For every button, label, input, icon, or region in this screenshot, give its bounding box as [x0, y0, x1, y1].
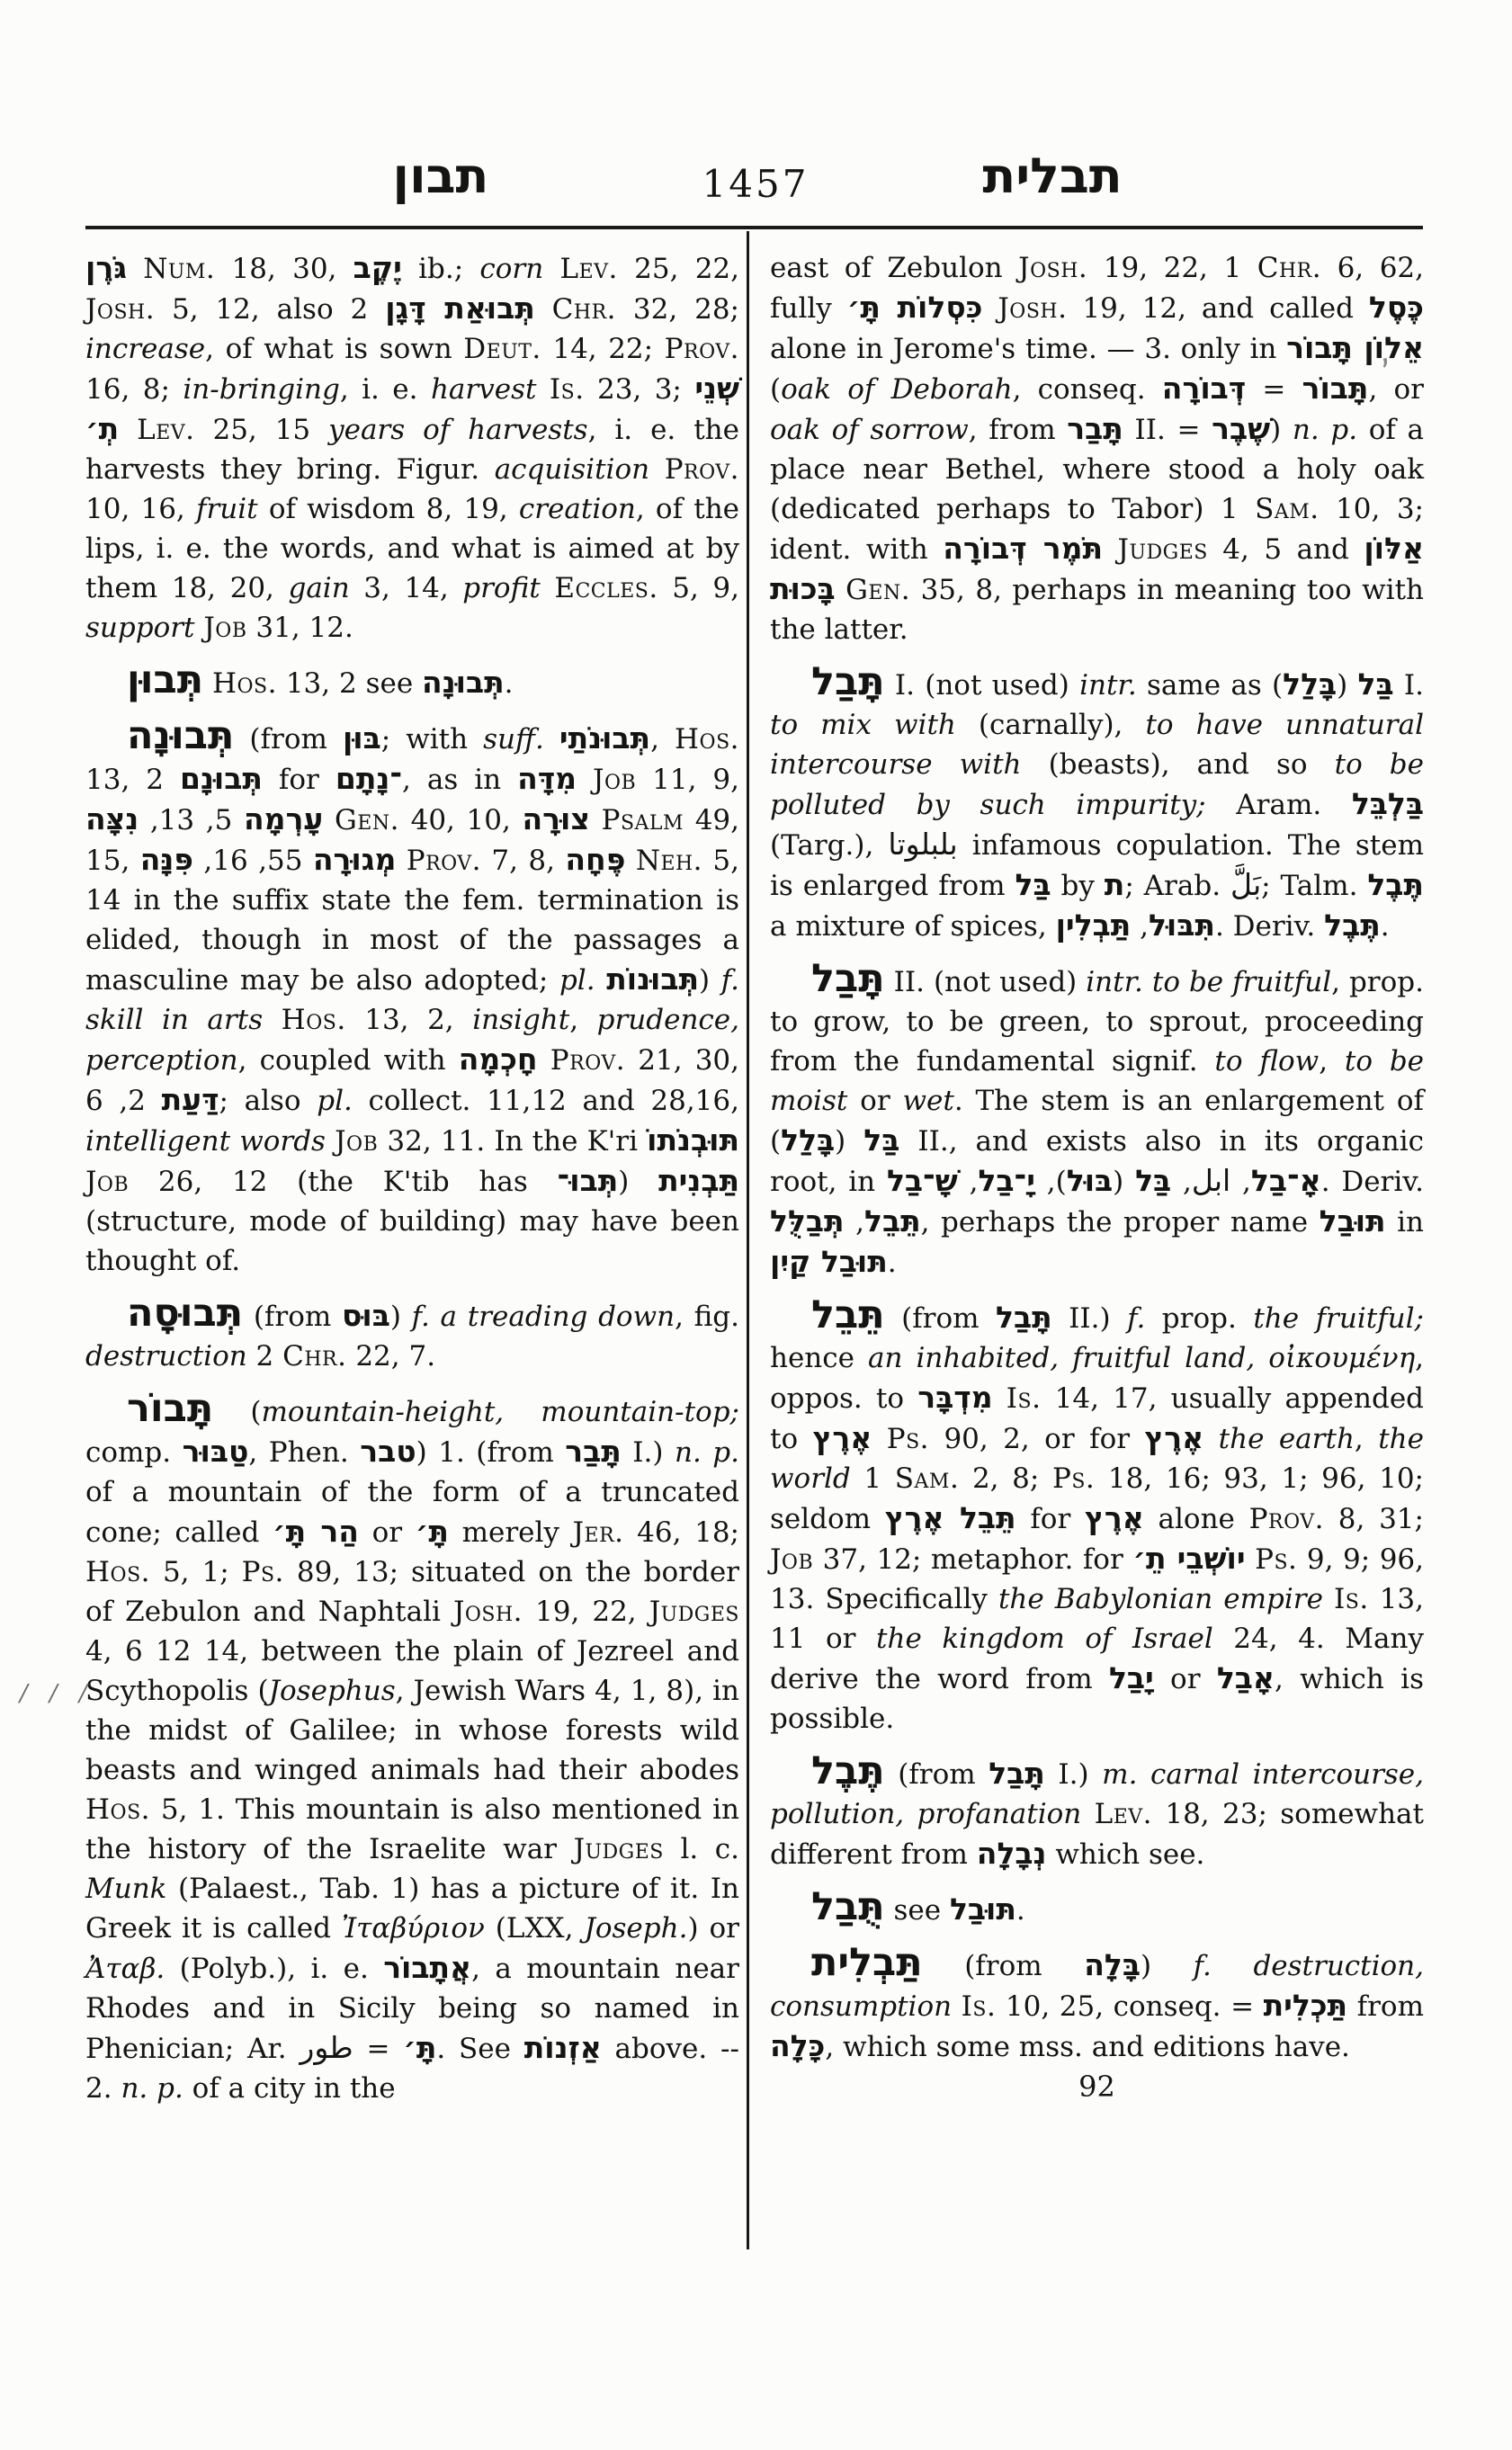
hebrew-run: תְּבוּנָה — [422, 665, 505, 700]
smallcaps-reference-run: Gen. — [335, 804, 399, 836]
hebrew-run: תְּבוּנָם — [180, 761, 263, 796]
text-run: ( — [1337, 669, 1357, 702]
text-run: , — [569, 1004, 596, 1036]
hebrew-run: תּוּבַל — [1320, 1203, 1386, 1238]
text-run: 2 — [247, 1340, 282, 1373]
smallcaps-reference-run: Job — [203, 612, 246, 644]
smallcaps-reference-run: Chr. — [1257, 252, 1321, 284]
hebrew-run: הַר תָּ׳ — [273, 1514, 359, 1549]
italic-run: creation — [519, 493, 636, 525]
hebrew-run: כָּלָה — [770, 2028, 825, 2063]
text-run: l. c. — [664, 1833, 739, 1865]
text-run — [536, 373, 549, 406]
text-run: 16, 8; — [85, 373, 183, 406]
hebrew-run: דְּבוֹרָה — [1162, 371, 1246, 406]
smallcaps-reference-run: Prov. — [665, 453, 739, 486]
hebrew-run: אָ־בַל — [1251, 1163, 1321, 1198]
text-run: . — [1016, 1894, 1025, 1927]
hebrew-run: בָּלָה — [1084, 1947, 1141, 1982]
text-run — [263, 1004, 282, 1036]
smallcaps-reference-run: Hos. — [675, 723, 739, 756]
hebrew-run: תְּבַלֻּל — [770, 1203, 845, 1238]
text-run: ) 1. (from — [416, 1436, 566, 1469]
continuation-paragraph: east of Zebulon Josh. 19, 22, 1 Chr. 6, … — [770, 248, 1424, 649]
hebrew-run: בּוּן — [343, 720, 381, 756]
text-run: I.) — [622, 1436, 675, 1469]
smallcaps-reference-run: Prov. — [665, 333, 739, 365]
smallcaps-reference-run: Is. — [1007, 1382, 1042, 1415]
text-run: east of Zebulon — [770, 252, 1018, 284]
text-run: 4, 5 and — [1208, 533, 1364, 566]
text-run — [119, 414, 137, 446]
hebrew-run: אֲתָבוֹר — [383, 1950, 471, 1985]
entry-paragraph: תָּבַל II. (not used) intr. to be fruitf… — [770, 959, 1424, 1283]
italic-run: oak of sorrow — [770, 414, 969, 446]
smallcaps-reference-run: Prov. — [550, 1044, 625, 1077]
smallcaps-reference-run: Judges — [1118, 533, 1208, 566]
hebrew-headword: תֵּבֵל — [811, 1292, 885, 1337]
smallcaps-reference-run: Gen. — [845, 574, 910, 606]
arabic-run: بلبلوتا — [888, 827, 957, 862]
text-run: , from — [969, 414, 1068, 446]
italic-run: Josephus — [269, 1675, 396, 1707]
hebrew-run: תּוּבְנֹתוֹ — [647, 1122, 739, 1158]
text-run: 22, 7. — [346, 1340, 435, 1373]
text-run: 13, 2, — [346, 1004, 473, 1036]
text-run: alone — [1144, 1503, 1249, 1535]
italic-run: n. p. — [121, 2072, 183, 2105]
hebrew-run: אֶרֶץ — [813, 1420, 872, 1455]
arabic-run: طور — [300, 2030, 353, 2065]
hebrew-run: תֶּבֶל — [1324, 908, 1381, 943]
text-run: 31, 12. — [247, 612, 353, 644]
hebrew-run: ת — [1105, 867, 1125, 902]
smallcaps-reference-run: Lev. — [1095, 1798, 1152, 1830]
italic-run: in-bringing — [183, 373, 339, 406]
hebrew-headword: תְּבוּנָה — [127, 713, 234, 758]
text-run: 19, 22, — [523, 1596, 649, 1628]
hebrew-run: תְּבוּנוֹת — [606, 961, 699, 997]
smallcaps-reference-run: Josh. — [1018, 252, 1087, 284]
smallcaps-reference-run: Is. — [962, 1990, 997, 2023]
text-run: 3, 14, — [350, 572, 463, 604]
text-run: 32, 11. In the K'ri — [378, 1125, 647, 1158]
text-run: 7, 8, — [481, 845, 565, 877]
text-run: , — [845, 1206, 864, 1238]
text-run: ) — [1141, 1950, 1194, 1982]
text-run: II. = — [1123, 414, 1212, 446]
hebrew-headword: תָּבַל — [811, 956, 885, 1001]
smallcaps-reference-run: Job — [335, 1125, 378, 1158]
text-run: . Deriv. — [1215, 910, 1324, 943]
italic-run: n. p. — [675, 1436, 739, 1469]
italic-run: f. — [1127, 1302, 1145, 1335]
text-run: (LXX, — [485, 1912, 585, 1945]
text-run — [577, 764, 593, 796]
hebrew-run: תּוּבַל קַיִן — [770, 1244, 888, 1279]
smallcaps-reference-run: Judges — [574, 1833, 664, 1865]
text-run: ( — [770, 373, 781, 406]
hebrew-run: אֶרֶץ — [1085, 1500, 1144, 1535]
text-run: 25, 22, — [618, 253, 739, 285]
hebrew-run: תָּבוֹר — [1302, 371, 1369, 406]
hebrew-run: תֵּבֵל אֶרֶץ — [885, 1500, 1016, 1535]
smallcaps-reference-run: Is. — [550, 373, 585, 406]
italic-run: the earth — [1219, 1423, 1355, 1455]
hebrew-run: תָּבַר — [1067, 411, 1123, 446]
entry-paragraph: תְּבוּן Hos. 13, 2 see תְּבוּנָה. — [85, 660, 739, 703]
hebrew-run: כִּסְלוֹת תָּ׳ — [847, 290, 983, 325]
text-run: ) — [390, 1301, 412, 1333]
hebrew-run: מִדָּה — [517, 761, 577, 796]
text-run: 23, 3; — [585, 373, 695, 406]
text-run: of wisdom 8, 19, — [258, 493, 519, 525]
hebrew-run: מְגוּרָה — [313, 842, 397, 877]
text-run: (from — [923, 1950, 1085, 1982]
hebrew-run: תְּבוּ־ — [558, 1163, 619, 1198]
hebrew-run: אָבַל — [1217, 1660, 1275, 1695]
text-run — [1255, 1342, 1268, 1374]
text-run: = — [353, 2033, 404, 2065]
text-run: . — [888, 1247, 897, 1279]
italic-run: years of harvests — [328, 414, 587, 446]
text-run: 10, 25, conseq. = — [996, 1990, 1263, 2023]
hebrew-headword: תֶּבֶל — [811, 1748, 885, 1793]
text-run — [982, 292, 998, 325]
hebrew-run: תָּבַר — [565, 1434, 622, 1469]
text-run: (carnally), — [956, 709, 1146, 741]
hebrew-run: אֵלוֹן תָּבוֹר — [1286, 330, 1424, 365]
text-run: I. (not used) — [885, 669, 1079, 702]
text-run: ; Arab. — [1124, 870, 1230, 902]
hebrew-run: אַזְנוֹת — [524, 2030, 602, 2065]
text-run: a mixture of spices, — [770, 910, 1056, 943]
hebrew-run: גֹּרֶן — [85, 250, 127, 285]
smallcaps-reference-run: Judges — [649, 1596, 739, 1628]
text-run: (from — [234, 723, 343, 756]
text-run — [127, 253, 143, 285]
text-run: (beasts), and so — [1022, 748, 1335, 781]
italic-run: oak of Deborah — [781, 373, 1012, 406]
smallcaps-reference-run: Ps. — [887, 1423, 929, 1455]
page-number: 1457 — [679, 162, 832, 206]
text-run: for — [263, 764, 336, 796]
hebrew-run: אֶרֶץ — [1144, 1420, 1203, 1455]
smallcaps-reference-run: Prov. — [407, 845, 481, 877]
hebrew-headword: תָּבוֹר — [127, 1386, 213, 1431]
hebrew-run: בּוּל — [1067, 1163, 1113, 1198]
text-run: alone in Jerome's time. — 3. only in — [770, 333, 1286, 365]
text-run: . Deriv. — [1321, 1166, 1424, 1198]
text-run: , i. e. — [340, 373, 431, 406]
smallcaps-reference-run: Lev. — [559, 253, 617, 285]
hebrew-run: בַּל — [863, 1122, 899, 1158]
text-run: I.) — [1045, 1758, 1102, 1791]
italic-run: acquisition — [495, 453, 649, 486]
hebrew-run: תּוּבַל — [950, 1891, 1016, 1927]
italic-run: to flow — [1214, 1045, 1319, 1077]
text-run: ( — [213, 1396, 261, 1428]
text-run: or — [1154, 1663, 1217, 1695]
italic-run: pl. — [559, 964, 595, 997]
italic-run: profit — [462, 572, 540, 604]
smallcaps-reference-run: Sam. — [1255, 493, 1320, 525]
text-run: , of what is sown — [205, 333, 463, 365]
hebrew-run: עָרְמָה — [244, 801, 323, 836]
italic-run: mountain-height, mountain-top; — [262, 1396, 739, 1428]
text-run: (Polyb.), i. e. — [165, 1953, 383, 1985]
hebrew-run: תָּבַל — [989, 1756, 1045, 1791]
smallcaps-reference-run: Hos. — [212, 667, 277, 700]
text-run: ; Talm. — [1261, 870, 1367, 902]
text-run: (Targ.), — [770, 829, 888, 862]
text-run: ) — [1270, 414, 1293, 446]
hebrew-run: יוֹשְׁבֵי תֵ׳ — [1132, 1541, 1245, 1576]
text-run: 19, 12, and called — [1067, 292, 1368, 325]
text-run: ) — [699, 964, 721, 997]
text-run: 26, 12 (the K'tib has — [129, 1166, 557, 1198]
text-run: or — [359, 1516, 416, 1549]
hebrew-headword: תְּבוּסָה — [127, 1291, 243, 1336]
text-run — [836, 574, 845, 606]
italic-run: the Babylonian empire — [998, 1583, 1323, 1615]
hebrew-run: בָּלַל — [1283, 666, 1337, 702]
text-run: , — [650, 723, 675, 756]
text-run: 11, 9, — [636, 764, 739, 796]
smallcaps-reference-run: Ps. — [1052, 1462, 1095, 1495]
text-run: prop. — [1145, 1302, 1253, 1335]
italic-run: corn — [479, 253, 543, 285]
text-run: . — [505, 667, 514, 700]
italic-run: wet — [902, 1085, 953, 1117]
hebrew-run: שָׁ־בַל — [887, 1163, 958, 1198]
text-run: same as — [1137, 669, 1272, 702]
italic-run: fruit — [196, 493, 258, 525]
text-run — [1246, 1543, 1256, 1576]
italic-run: Joseph. — [584, 1912, 687, 1945]
text-run: 19, 22, 1 — [1087, 252, 1257, 284]
italic-run: the kingdom of Israel — [876, 1623, 1213, 1655]
text-run: merely — [449, 1516, 573, 1549]
entry-paragraph: תְּבוּנָה (from בּוּן; with suff. תְּבוּ… — [85, 716, 739, 1281]
hebrew-run: תְּבוּנֹתַי — [559, 720, 650, 756]
text-run: (from — [885, 1302, 996, 1335]
italic-run: insight — [472, 1004, 569, 1036]
hebrew-run: בַּל — [1358, 666, 1394, 702]
smallcaps-reference-run: Job — [770, 1543, 813, 1576]
text-run: 37, 12; metaphor. for — [813, 1543, 1132, 1576]
text-run: = — [1246, 373, 1302, 406]
arabic-run: ابل — [1192, 1163, 1230, 1198]
text-run: 21, 30, — [625, 1044, 739, 1077]
text-run — [1081, 1798, 1094, 1830]
italic-run: intr. to be fruitful — [1086, 966, 1331, 998]
text-run: II.) — [1052, 1302, 1127, 1335]
hebrew-run: תַּבְנִית — [658, 1163, 739, 1198]
smallcaps-reference-run: Deut. — [463, 333, 541, 365]
hebrew-run: נְבָלָה — [977, 1836, 1047, 1871]
smallcaps-reference-run: Job — [593, 764, 636, 796]
text-run: , fig. — [675, 1301, 739, 1333]
text-run — [541, 572, 555, 604]
hebrew-run: תָּבַל — [996, 1300, 1052, 1335]
text-run: 90, 2, or for — [929, 1423, 1144, 1455]
entry-paragraph: תֵּבֵל (from תָּבַל II.) f. prop. the fr… — [770, 1295, 1424, 1739]
text-run: 5, 1; — [150, 1556, 242, 1588]
text-run: see — [885, 1894, 950, 1927]
smallcaps-reference-run: Josh. — [998, 292, 1067, 325]
text-run: 55, 16, — [193, 845, 313, 877]
text-run: 18, 30, — [215, 253, 353, 285]
smallcaps-reference-run: Hos. — [85, 1793, 150, 1826]
italic-run: suff. — [483, 723, 544, 756]
hebrew-run: תָּ׳ — [416, 1514, 449, 1549]
entry-paragraph: תֻּבַל see תּוּבַל. — [770, 1887, 1424, 1930]
text-run: 32, 28; — [616, 293, 739, 326]
text-run — [544, 723, 559, 756]
entry-paragraph: תָּבוֹר (mountain-height, mountain-top; … — [85, 1389, 739, 2108]
hebrew-run: בַּל — [1015, 867, 1051, 902]
hebrew-run: תֶּבֶל — [1367, 867, 1424, 902]
text-run: (structure, mode of building) may have b… — [85, 1205, 739, 1277]
text-run: . See — [436, 2033, 523, 2065]
text-run: 46, 18; — [624, 1516, 740, 1549]
hebrew-run: תְּבוּאַת דָּגָן — [385, 291, 535, 326]
smallcaps-reference-run: Hos. — [282, 1004, 346, 1036]
smallcaps-reference-run: Sam. — [895, 1462, 960, 1495]
italic-run: pl. — [317, 1085, 353, 1117]
text-run: 25, 15 — [195, 414, 329, 446]
hebrew-headword: תָּבַל — [811, 659, 885, 704]
text-run: ) — [618, 1166, 658, 1198]
hebrew-run: תַּכְלִית — [1264, 1988, 1347, 2023]
text-run: hence — [770, 1342, 868, 1374]
smallcaps-reference-run: Lev. — [137, 414, 194, 446]
text-run: , coupled with — [238, 1044, 459, 1077]
text-run: ; with — [381, 723, 483, 756]
text-run — [649, 453, 665, 486]
margin-pen-marks: ∕ ∕ ∕ — [20, 1680, 94, 1707]
hebrew-run: טבר — [360, 1434, 416, 1469]
smallcaps-reference-run: Hos. — [85, 1556, 150, 1588]
text-run — [543, 253, 559, 285]
running-head-left-catchword: תבון — [337, 148, 544, 204]
text-run — [396, 845, 406, 877]
text-run: (from — [885, 1758, 989, 1791]
text-run: from — [1347, 1990, 1424, 2023]
text-run — [195, 612, 204, 644]
hebrew-run: ־נָתָם — [336, 761, 402, 796]
smallcaps-reference-run: Ps. — [1255, 1543, 1297, 1576]
italic-run: n. p. — [1293, 414, 1357, 446]
text-run — [952, 1990, 962, 2023]
text-run — [1103, 533, 1117, 566]
italic-run: the fruitful; — [1253, 1302, 1424, 1335]
text-run — [993, 1382, 1007, 1415]
entry-paragraph: תֶּבֶל (from תָּבַל I.) m. carnal interc… — [770, 1751, 1424, 1874]
text-run: for — [1016, 1503, 1085, 1535]
text-run: 8, 31; — [1324, 1503, 1424, 1535]
hebrew-run: יָ־בַל — [978, 1163, 1035, 1198]
text-run — [595, 964, 607, 997]
text-run: ( — [835, 1125, 863, 1158]
hebrew-run: יֶקֶב — [353, 250, 402, 285]
hebrew-run: יָבַל — [1109, 1660, 1154, 1695]
hebrew-run: פִּנָּה — [140, 842, 193, 877]
text-run: , — [958, 1166, 979, 1198]
hebrew-run: תַּבְלִין — [1056, 908, 1132, 943]
text-run: or — [847, 1085, 902, 1117]
text-run: , Phen. — [248, 1436, 360, 1469]
text-run: 13, 2 — [85, 764, 180, 796]
text-run: 13, 2 see — [277, 667, 422, 700]
smallcaps-reference-run: Chr. — [552, 293, 616, 326]
dictionary-page: תבון 1457 תבלית גֹּרֶן Num. 18, 30, יֶקֶ… — [0, 0, 1512, 2450]
text-run: , — [1171, 1166, 1192, 1198]
text-run — [538, 1044, 550, 1077]
hebrew-headword: תַּבְלִית — [811, 1940, 923, 1985]
hebrew-run: בַּל — [1135, 1163, 1171, 1198]
italic-run: harvest — [431, 373, 537, 406]
smallcaps-reference-run: Neh. — [636, 845, 702, 877]
text-run: , — [1319, 1045, 1345, 1077]
text-run: by — [1051, 870, 1105, 902]
text-run: comp. — [85, 1436, 183, 1469]
hebrew-run: תֹּמֶר דְּבוֹרָה — [943, 531, 1103, 566]
text-run: , conseq. — [1013, 373, 1162, 406]
text-run: 40, 10, — [399, 804, 523, 836]
greek-run: οἰκουμένη — [1268, 1342, 1415, 1374]
text-run: 10, 16, — [85, 493, 196, 525]
smallcaps-reference-run: Psalm — [602, 804, 684, 836]
smallcaps-reference-run: Prov. — [1249, 1503, 1324, 1535]
hebrew-run: דַּעַת — [162, 1082, 219, 1117]
hebrew-run: צוּרָה — [523, 801, 590, 836]
smallcaps-reference-run: Is. — [1334, 1583, 1369, 1615]
text-run: . — [1381, 910, 1390, 943]
smallcaps-reference-run: Ps. — [242, 1556, 284, 1588]
right-column: east of Zebulon Josh. 19, 22, 1 Chr. 6, … — [770, 248, 1424, 2106]
text-run: (from — [243, 1301, 342, 1333]
text-run: ib.; — [402, 253, 480, 285]
text-run — [326, 1125, 335, 1158]
text-run: 5, 13, — [139, 804, 244, 836]
text-run: of a city in the — [183, 2072, 396, 2105]
text-run — [625, 845, 635, 877]
hebrew-headword: תְּבוּן — [127, 657, 203, 702]
italic-run: support — [85, 612, 195, 644]
text-run — [590, 804, 602, 836]
hebrew-run: טַבּוּר — [183, 1434, 249, 1469]
smallcaps-reference-run: Num. — [143, 253, 215, 285]
smallcaps-reference-run: Josh. — [85, 293, 155, 326]
greek-run: Ἰταβύριον — [342, 1912, 485, 1945]
text-run: , — [1355, 1423, 1378, 1455]
arabic-run: بَلَّ — [1230, 867, 1261, 902]
printer-signature-mark: 92 — [770, 2067, 1424, 2106]
hebrew-run: חָכְמָה — [459, 1042, 538, 1077]
text-run: which see. — [1047, 1838, 1205, 1871]
text-run: Aram. — [1206, 789, 1352, 821]
italic-run: to mix with — [770, 709, 956, 741]
text-run — [1323, 1583, 1334, 1615]
smallcaps-reference-run: Jer. — [573, 1516, 624, 1549]
text-run: collect. 11,12 and 28,16, — [353, 1085, 739, 1117]
hebrew-run: תֵּבֵל — [864, 1203, 921, 1238]
entry-paragraph: תְּבוּסָה (from בּוּס) f. a treading dow… — [85, 1293, 739, 1376]
text-run: , as in — [402, 764, 517, 796]
text-run: , — [1230, 1166, 1251, 1198]
